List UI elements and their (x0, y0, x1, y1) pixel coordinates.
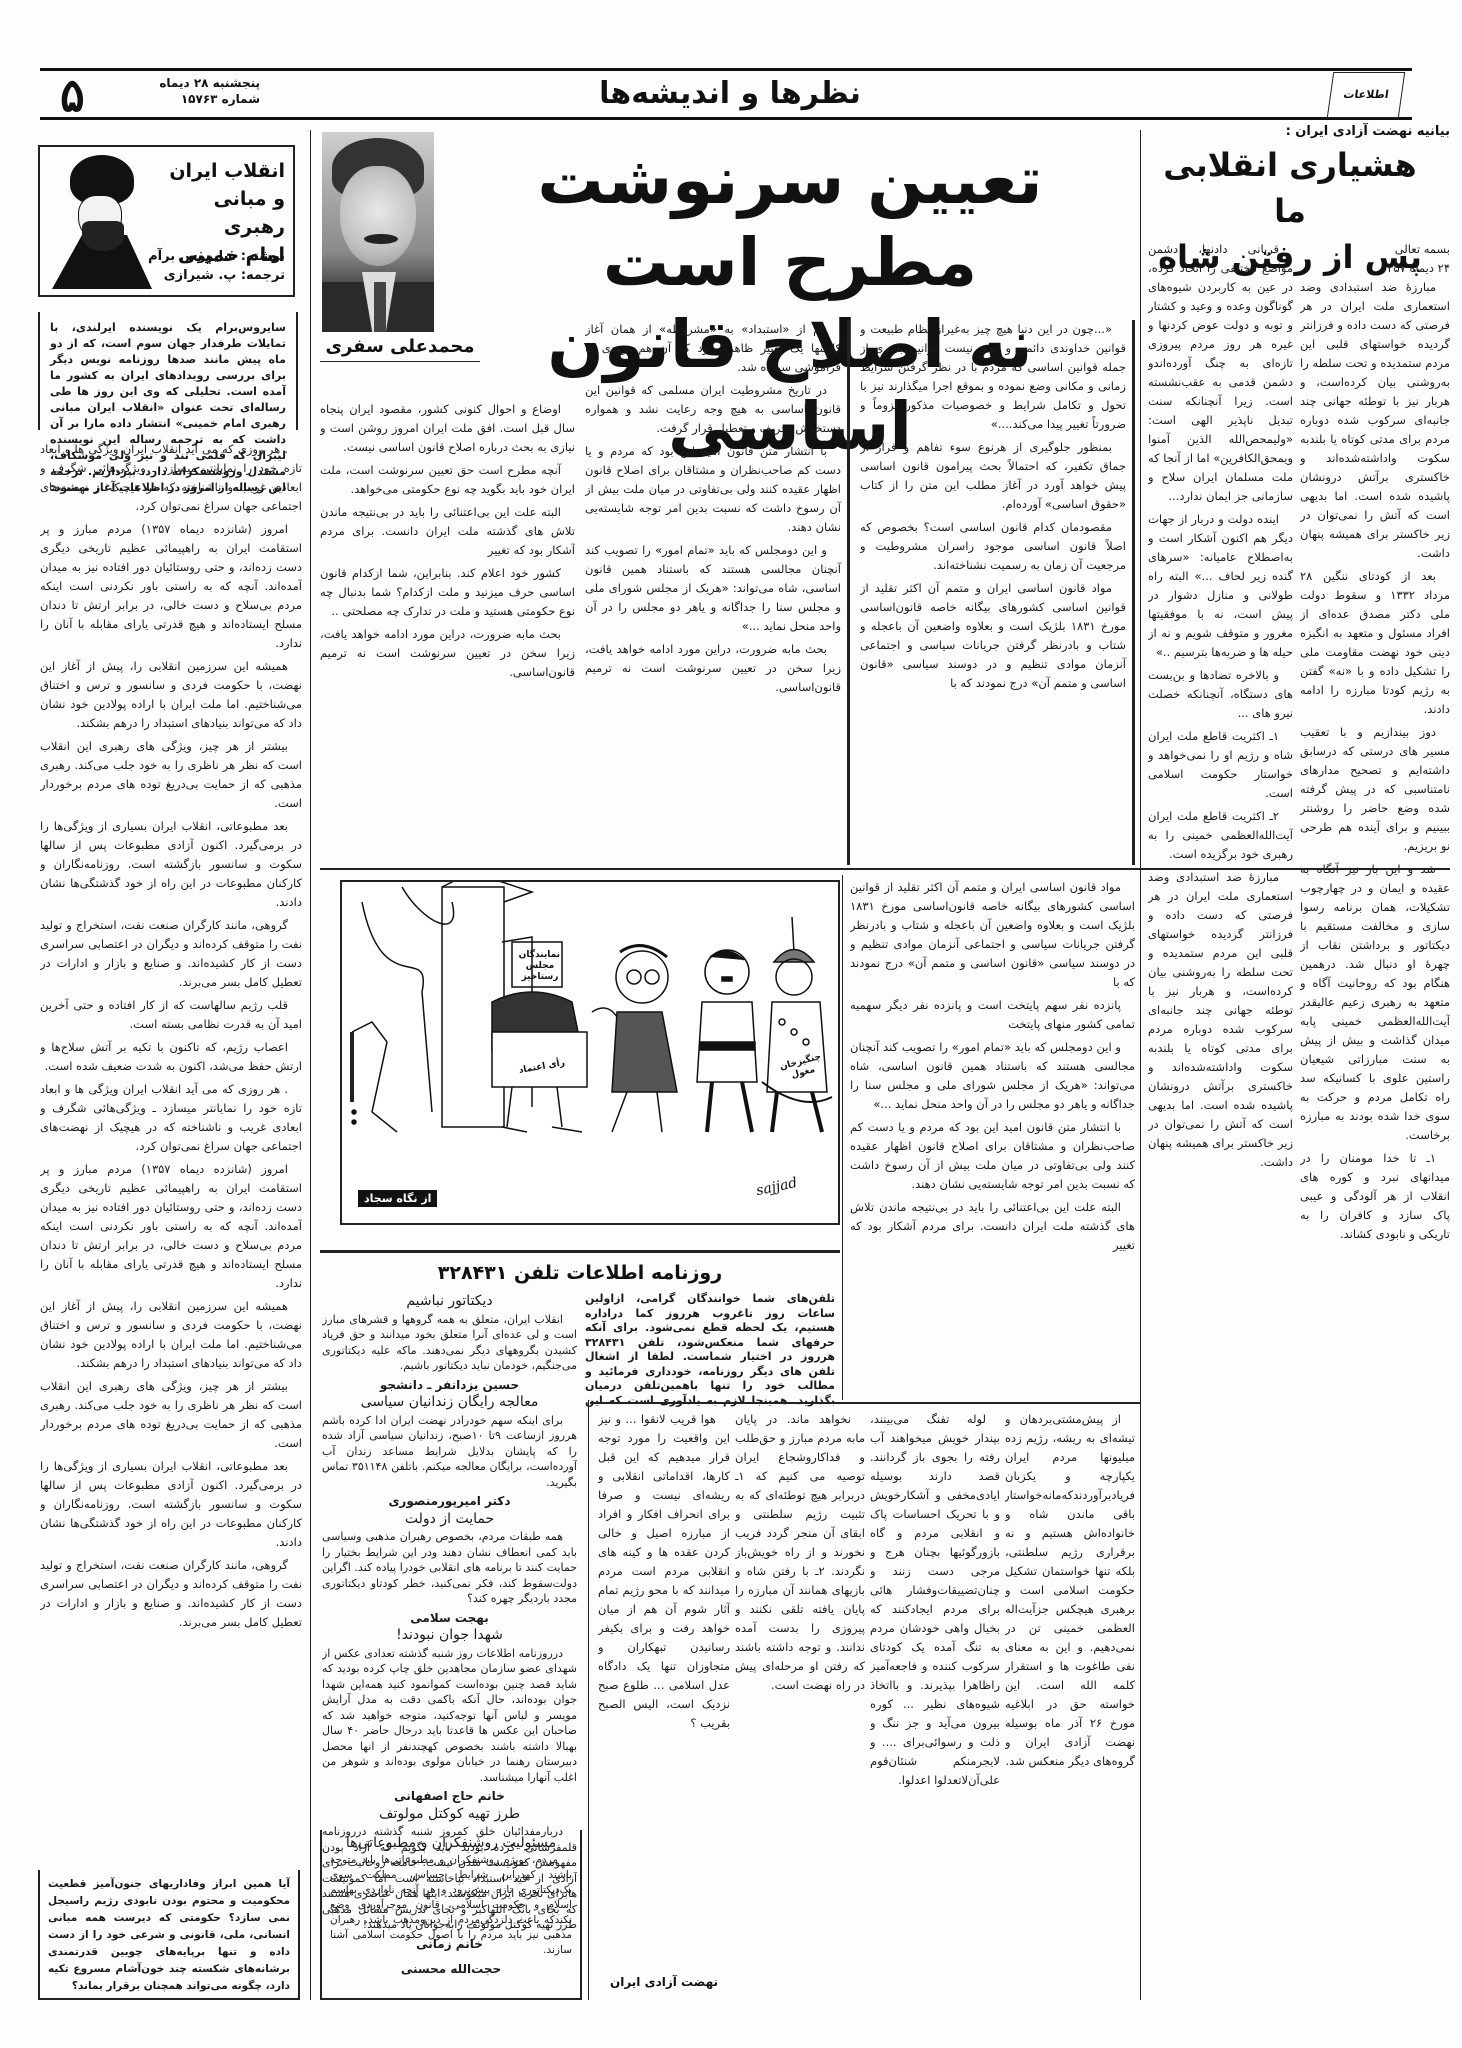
statement-col-1: بسمه تعالی ۲۴ دیماه ۱۳۵۷ مبارزهٔ ضد استب… (1300, 240, 1450, 2000)
author-line: نوشته: سایروس برآم (145, 247, 285, 266)
author-photo (322, 132, 434, 332)
statement-signature: نهضت آزادی ایران (598, 1975, 730, 1989)
cartoon-drawing-icon (342, 882, 840, 1225)
letter-heading: معالجه رایگان زندانیان سیاسی (322, 1395, 577, 1411)
column-divider-continuation (842, 875, 843, 1400)
statement-opening: بسمه تعالی (1300, 240, 1450, 259)
divider-bottom-section (590, 1402, 1140, 1404)
page-number: ۵ (60, 70, 85, 120)
political-cartoon: نمایندگان مجلس رستاخیز رأی اعتماد چنگیزخ… (340, 880, 840, 1225)
letter-body: درروزنامه اطلاعات روز شنبه گذشته تعدادی … (322, 1646, 577, 1786)
column-divider-right (1140, 130, 1141, 2000)
main-article-col-1: «...چون در این دنیا هیچ چیز به‌غیراز نظا… (860, 320, 1135, 865)
newspaper-logo: اطلاعات (1327, 72, 1405, 118)
main-article-col-2: نام از «استبداد» به «مشروطه» از همان آغا… (585, 320, 850, 865)
letter-signature: دکتر امیرپورمنصوری (322, 1494, 577, 1510)
statement-bottom-col-2: لوله تفنگ می‌بینند، بپندار خویش میخواهند… (870, 1410, 1000, 2000)
letter-signature: بهجت سلامی (322, 1611, 577, 1627)
letter-signature: حسین یزدانفر ـ دانشجو (322, 1378, 577, 1394)
reader-phone-intro: تلفن‌های شما خوانندگان گرامی، ازاولین سا… (585, 1292, 835, 1407)
statement-kicker: بیانیه نهضت آزادی ایران : (1150, 124, 1450, 139)
series-intro-box: سایروس‌برام یک نویسنده ایرلندی، با تمایل… (38, 312, 298, 430)
letter-heading: مسئولیت روشنفکران و مطبوعاتی‌ها (330, 1836, 572, 1851)
translator-line: ترجمه: پ. شیرازی (145, 266, 285, 285)
letter-signature: حجت‌الله محسنی (330, 1962, 572, 1977)
main-article-continuation: مواد قانون اساسی ایران و متمم آن اکثر تق… (850, 878, 1135, 1398)
reader-phone-column-title: روزنامه اطلاعات تلفن ۳۲۸۴۳۱ (330, 1262, 830, 1284)
series-title-box: انقلاب ایران و مبانی رهبری امام خمینی نو… (38, 145, 295, 297)
letter-body: برای اینکه سهم خودرادر نهضت ایران ادا کر… (322, 1413, 577, 1491)
section-title: نظرها و اندیشه‌ها (500, 72, 960, 116)
statement-bottom-col-4: هوا قریب لانقوا ... و نیز این واقعیت را … (598, 1410, 730, 1970)
letter-heading: حمایت از دولت (322, 1512, 577, 1528)
divider-cartoon (320, 1250, 840, 1253)
column-divider-left (310, 130, 311, 2000)
series-credits: نوشته: سایروس برآم ترجمه: پ. شیرازی (145, 247, 285, 285)
left-closing-box: آیا همین ابراز وفاداریهای جنون‌آمیز قطعی… (38, 1870, 300, 2000)
letter-box-final: مسئولیت روشنفکران و مطبوعاتی‌ها مردم، بو… (320, 1830, 582, 2000)
main-article-col-3: اوضاع و احوال کنونی کشور، مقصود ایران پن… (320, 400, 575, 865)
statement-date: ۲۴ دیماه ۱۳۵۷ (1300, 259, 1450, 278)
letter-body: انقلاب ایران، متعلق به همه گروهها و قشره… (322, 1312, 577, 1374)
khomeini-portrait-illustration (52, 155, 152, 289)
left-article-body: . هر روزی که می آید انقلاب ایران ویژگی ه… (40, 440, 302, 2000)
cartoon-credit: از نگاه سجاد (358, 1190, 437, 1207)
logo-text: اطلاعات (1343, 89, 1390, 101)
letter-signature: خانم حاج اصفهانی (322, 1789, 577, 1805)
left-closing-paragraph: آیا همین ابراز وفاداریهای جنون‌آمیز قطعی… (40, 1870, 298, 2001)
letter-heading: شهدا جوان نبودند! (322, 1628, 577, 1644)
issue-date: پنجشنبه ۲۸ دیماه (120, 75, 260, 91)
statement-col-2: قربانی دادنها، دشمن مواضع مختلفی را اتخا… (1148, 240, 1293, 2000)
issue-number: شماره ۱۵۷۶۳ (120, 91, 260, 107)
statement-bottom-col-1: از پیش‌مشتی‌بردهان و تیشه‌ای به ریشه، رژ… (1005, 1410, 1135, 2000)
column-divider-letters (588, 1400, 589, 2000)
cartoon-label-parliament: نمایندگان مجلس رستاخیز (520, 950, 560, 983)
letter-body: همه طبقات مردم، بخصوص رهبران مذهبی وسیاس… (322, 1529, 577, 1607)
letter-heading: طرز تهیه کوکتل مولوتف (322, 1807, 577, 1823)
letter-body: مردم، بویژه روشنفکران و مطبوعاتی‌ها باید… (330, 1853, 572, 1958)
issue-info: پنجشنبه ۲۸ دیماه شماره ۱۵۷۶۳ (120, 75, 260, 107)
letter-heading: دیکتاتور نباشیم (322, 1294, 577, 1310)
statement-bottom-col-3: نخواهد ماند. در پایان مابه مردم مبارز و … (735, 1410, 865, 2000)
